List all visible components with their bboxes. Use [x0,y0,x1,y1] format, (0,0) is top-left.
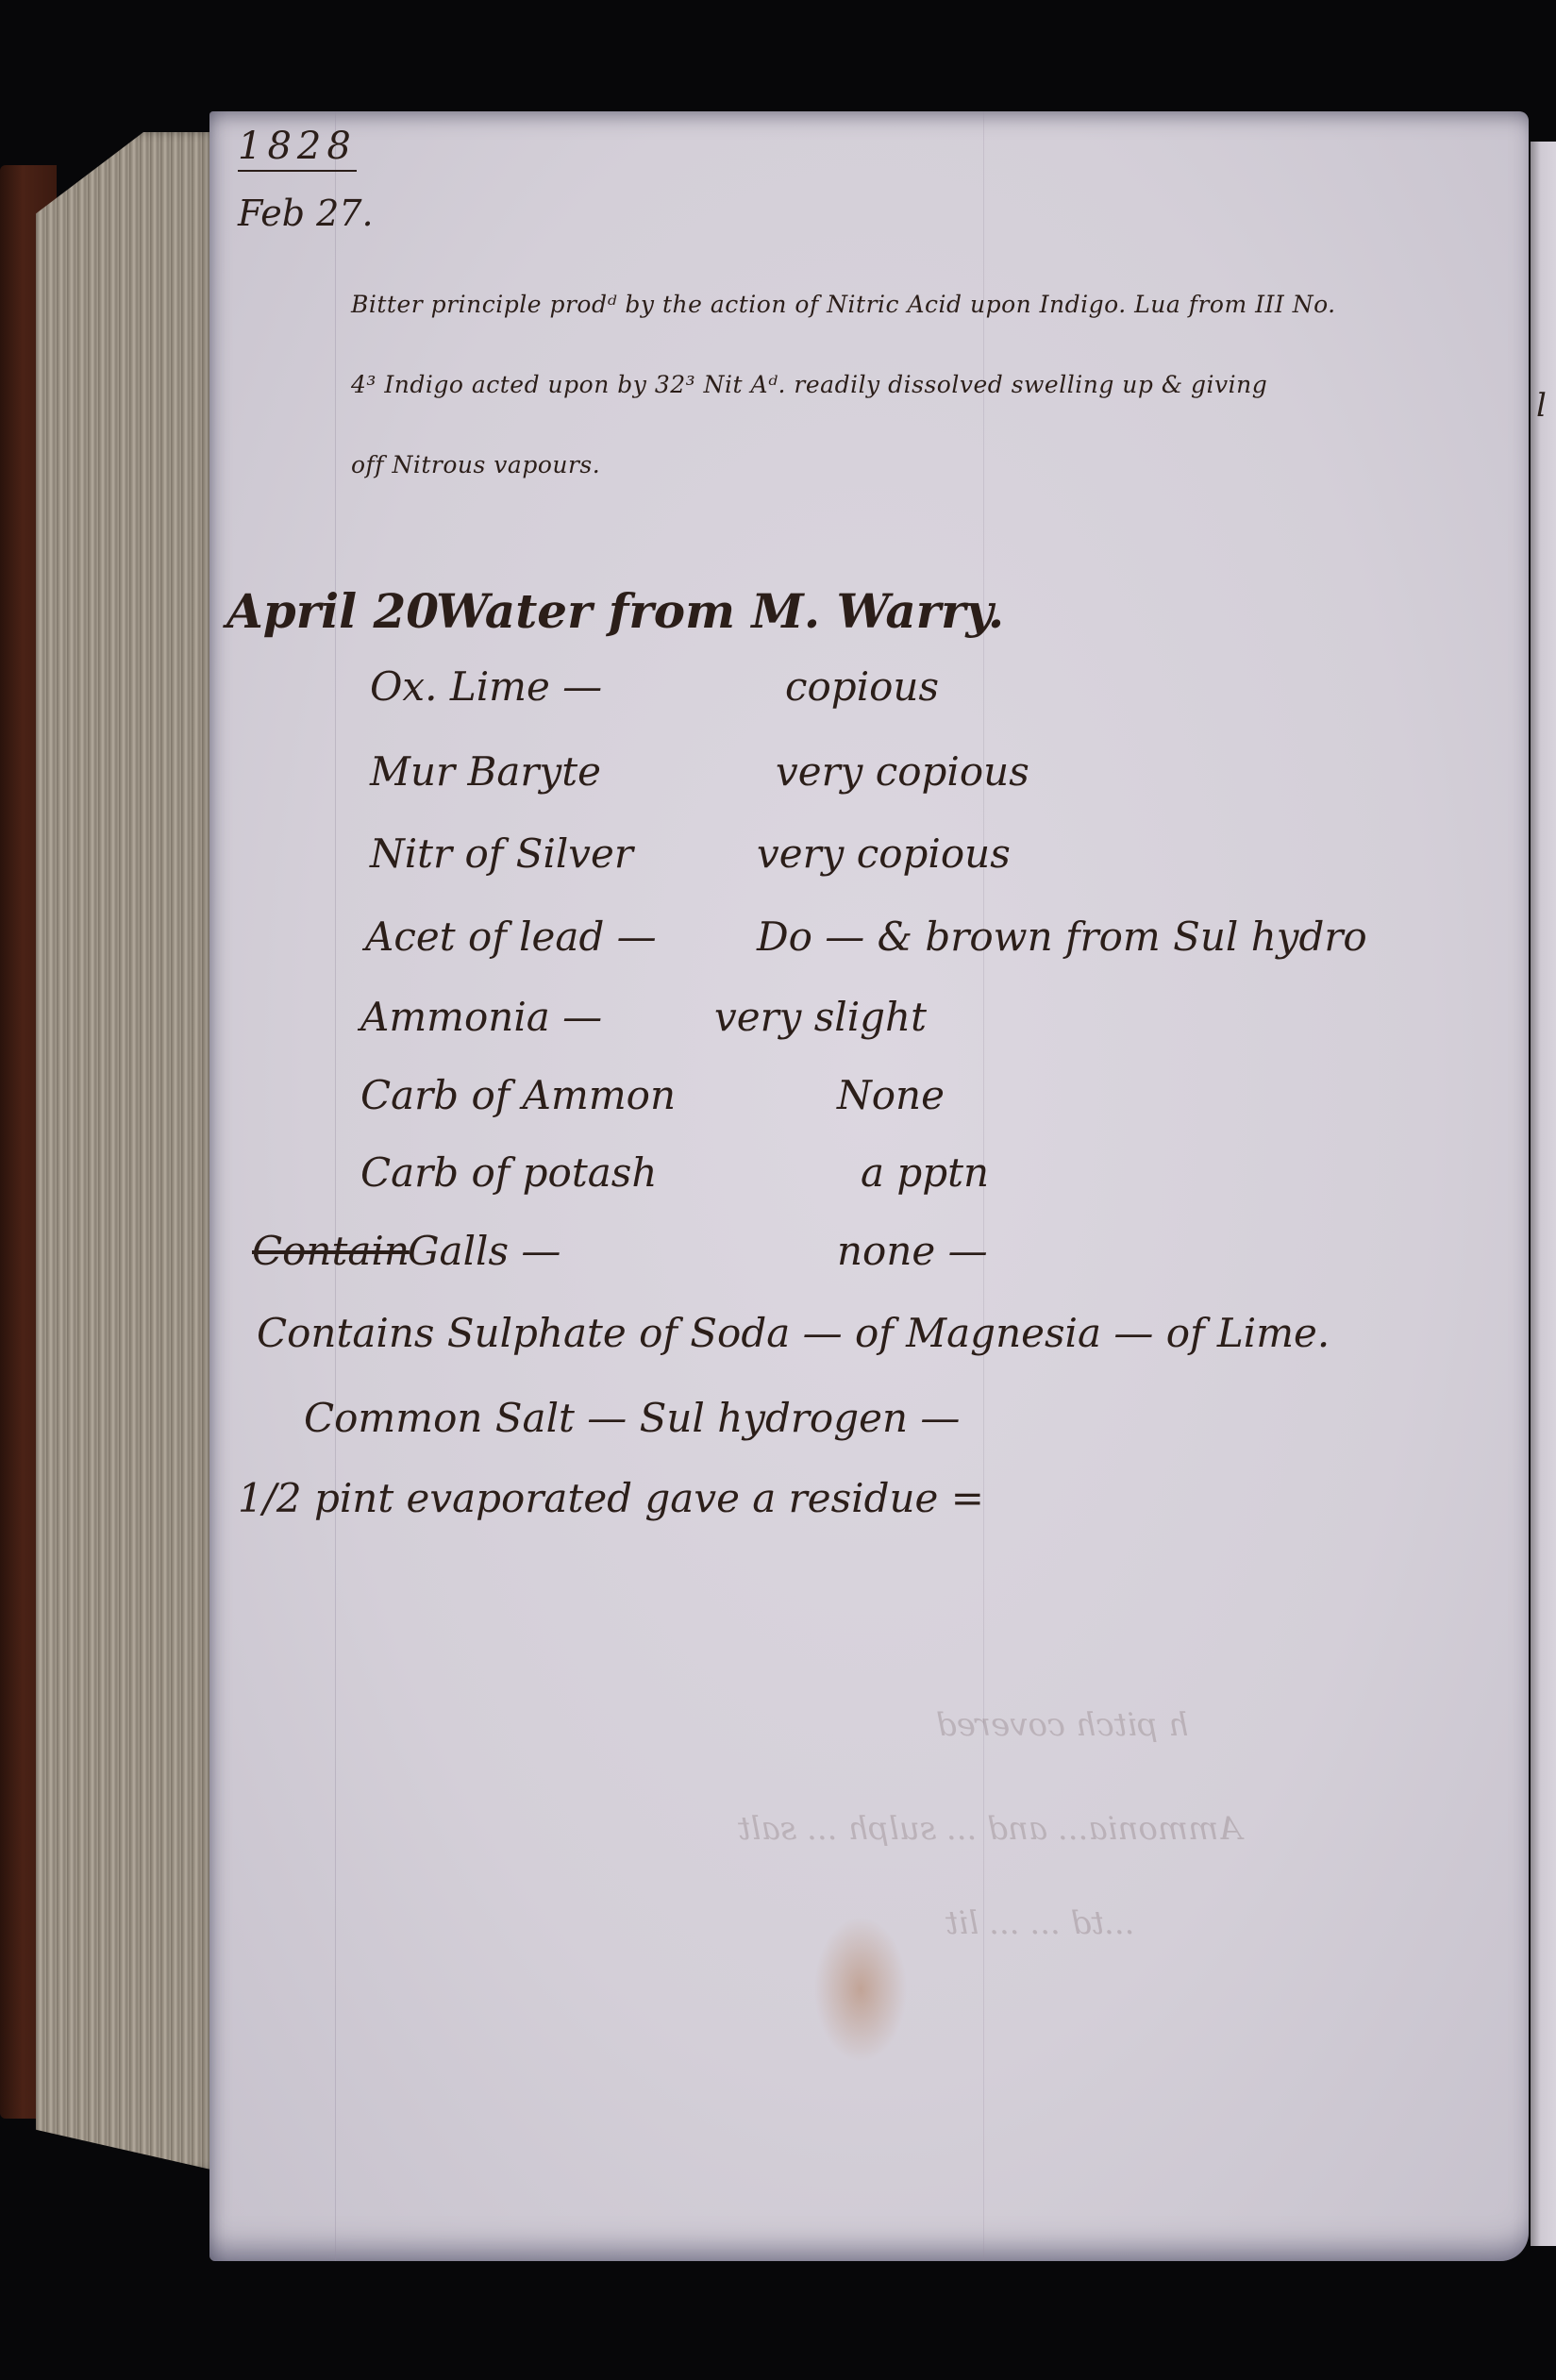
reagent-result: very copious [757,830,1011,877]
reagent-name: Ox. Lime — [370,663,602,710]
entry-title: Water from M. Warry. [436,583,1004,639]
reagent-result: Do — & brown from Sul hydro [757,913,1367,960]
conclusion-line: Common Salt — Sul hydrogen — [304,1395,960,1441]
reagent-result: none — [837,1228,988,1274]
conclusion-line: Contains Sulphate of Soda — of Magnesia … [257,1310,1330,1356]
struck-word: Contain [252,1228,410,1274]
reagent-name: Carb of potash [360,1149,657,1196]
reagent-name: Acet of lead — [365,913,657,960]
reagent-name: Ammonia — [360,994,602,1040]
reagent-result: None [837,1072,945,1118]
reagent-result: very copious [776,748,1029,795]
facing-page-glyph: l [1536,387,1547,425]
entry-line: Bitter principle prodᵈ by the action of … [351,291,1336,318]
margin-rule [335,111,336,2261]
reagent-name: Nitr of Silver [370,830,633,877]
reagent-name: Mur Baryte [370,748,601,795]
facing-page-edge: l [1531,142,1556,2246]
reagent-result: very slight [714,994,927,1040]
entry-line: 4³ Indigo acted upon by 32³ Nit Aᵈ. read… [351,371,1267,398]
entry-date: Feb 27. [238,193,374,234]
reagent-result: copious [785,663,939,710]
entry-date-april: April 20 [226,583,439,639]
conclusion-line: 1/2 pint evaporated gave a residue = [238,1475,984,1521]
notebook-page: h pitch covered Ammonia... and ... sulph… [209,111,1529,2261]
reagent-result: a pptn [861,1149,989,1196]
page-stack-fore-edge [36,132,215,2170]
bleed-through-line: h pitch covered [936,1706,1189,1744]
reagent-name: Carb of Ammon [360,1072,676,1118]
reagent-name: Galls — [408,1228,560,1274]
entry-year: 1828 [238,125,357,172]
entry-line: off Nitrous vapours. [351,451,600,478]
bleed-through-line: Ammonia... and ... sulph ... salt [738,1810,1242,1848]
bleed-through-line: ...td ... ... lit [945,1904,1135,1942]
